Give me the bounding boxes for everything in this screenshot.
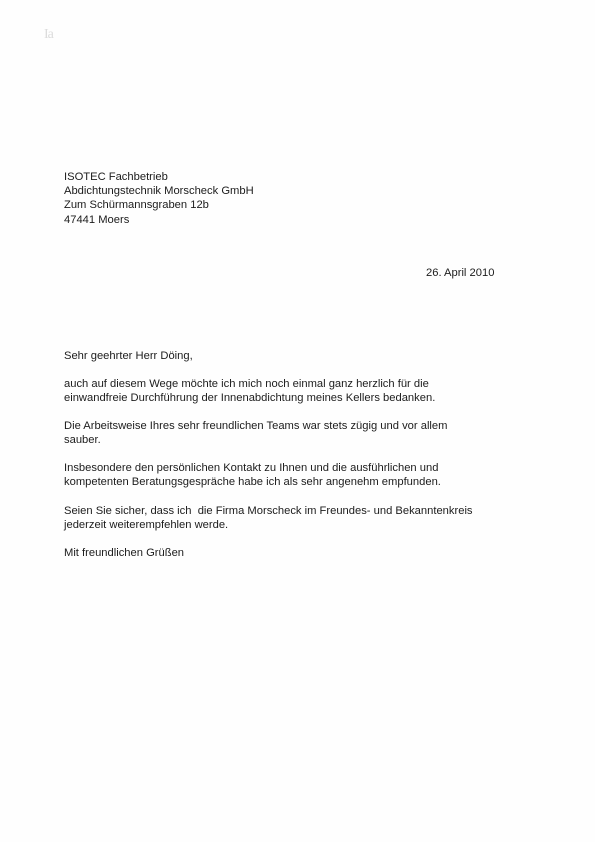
paragraph-line: Seien Sie sicher, dass ich die Firma Mor… bbox=[64, 504, 473, 518]
recipient-street: Zum Schürmannsgraben 12b bbox=[64, 198, 254, 212]
paragraph-line: Insbesondere den persönlichen Kontakt zu… bbox=[64, 461, 441, 475]
closing: Mit freundlichen Grüßen bbox=[64, 546, 184, 560]
paragraph-line: sauber. bbox=[64, 433, 447, 447]
paragraph-line: auch auf diesem Wege möchte ich mich noc… bbox=[64, 377, 435, 391]
recipient-city: 47441 Moers bbox=[64, 213, 254, 227]
paragraph-recommendation: Seien Sie sicher, dass ich die Firma Mor… bbox=[64, 504, 473, 532]
paragraph-team: Die Arbeitsweise Ihres sehr freundlichen… bbox=[64, 419, 447, 447]
recipient-company: ISOTEC Fachbetrieb bbox=[64, 170, 254, 184]
closing-text: Mit freundlichen Grüßen bbox=[64, 546, 184, 560]
paragraph-line: jederzeit weiterempfehlen werde. bbox=[64, 518, 473, 532]
paragraph-line: Die Arbeitsweise Ihres sehr freundlichen… bbox=[64, 419, 447, 433]
paragraph-line: einwandfreie Durchführung der Innenabdic… bbox=[64, 391, 435, 405]
recipient-company-full: Abdichtungstechnik Morscheck GmbH bbox=[64, 184, 254, 198]
recipient-address: ISOTEC Fachbetrieb Abdichtungstechnik Mo… bbox=[64, 170, 254, 227]
letter-date: 26. April 2010 bbox=[426, 266, 494, 280]
corner-mark: Ia bbox=[44, 28, 53, 42]
paragraph-line: kompetenten Beratungsgespräche habe ich … bbox=[64, 475, 441, 489]
paragraph-thanks: auch auf diesem Wege möchte ich mich noc… bbox=[64, 377, 435, 405]
salutation-text: Sehr geehrter Herr Döing, bbox=[64, 349, 193, 363]
letter-page: Ia ISOTEC Fachbetrieb Abdichtungstechnik… bbox=[0, 0, 595, 842]
paragraph-contact: Insbesondere den persönlichen Kontakt zu… bbox=[64, 461, 441, 489]
salutation: Sehr geehrter Herr Döing, bbox=[64, 349, 193, 363]
